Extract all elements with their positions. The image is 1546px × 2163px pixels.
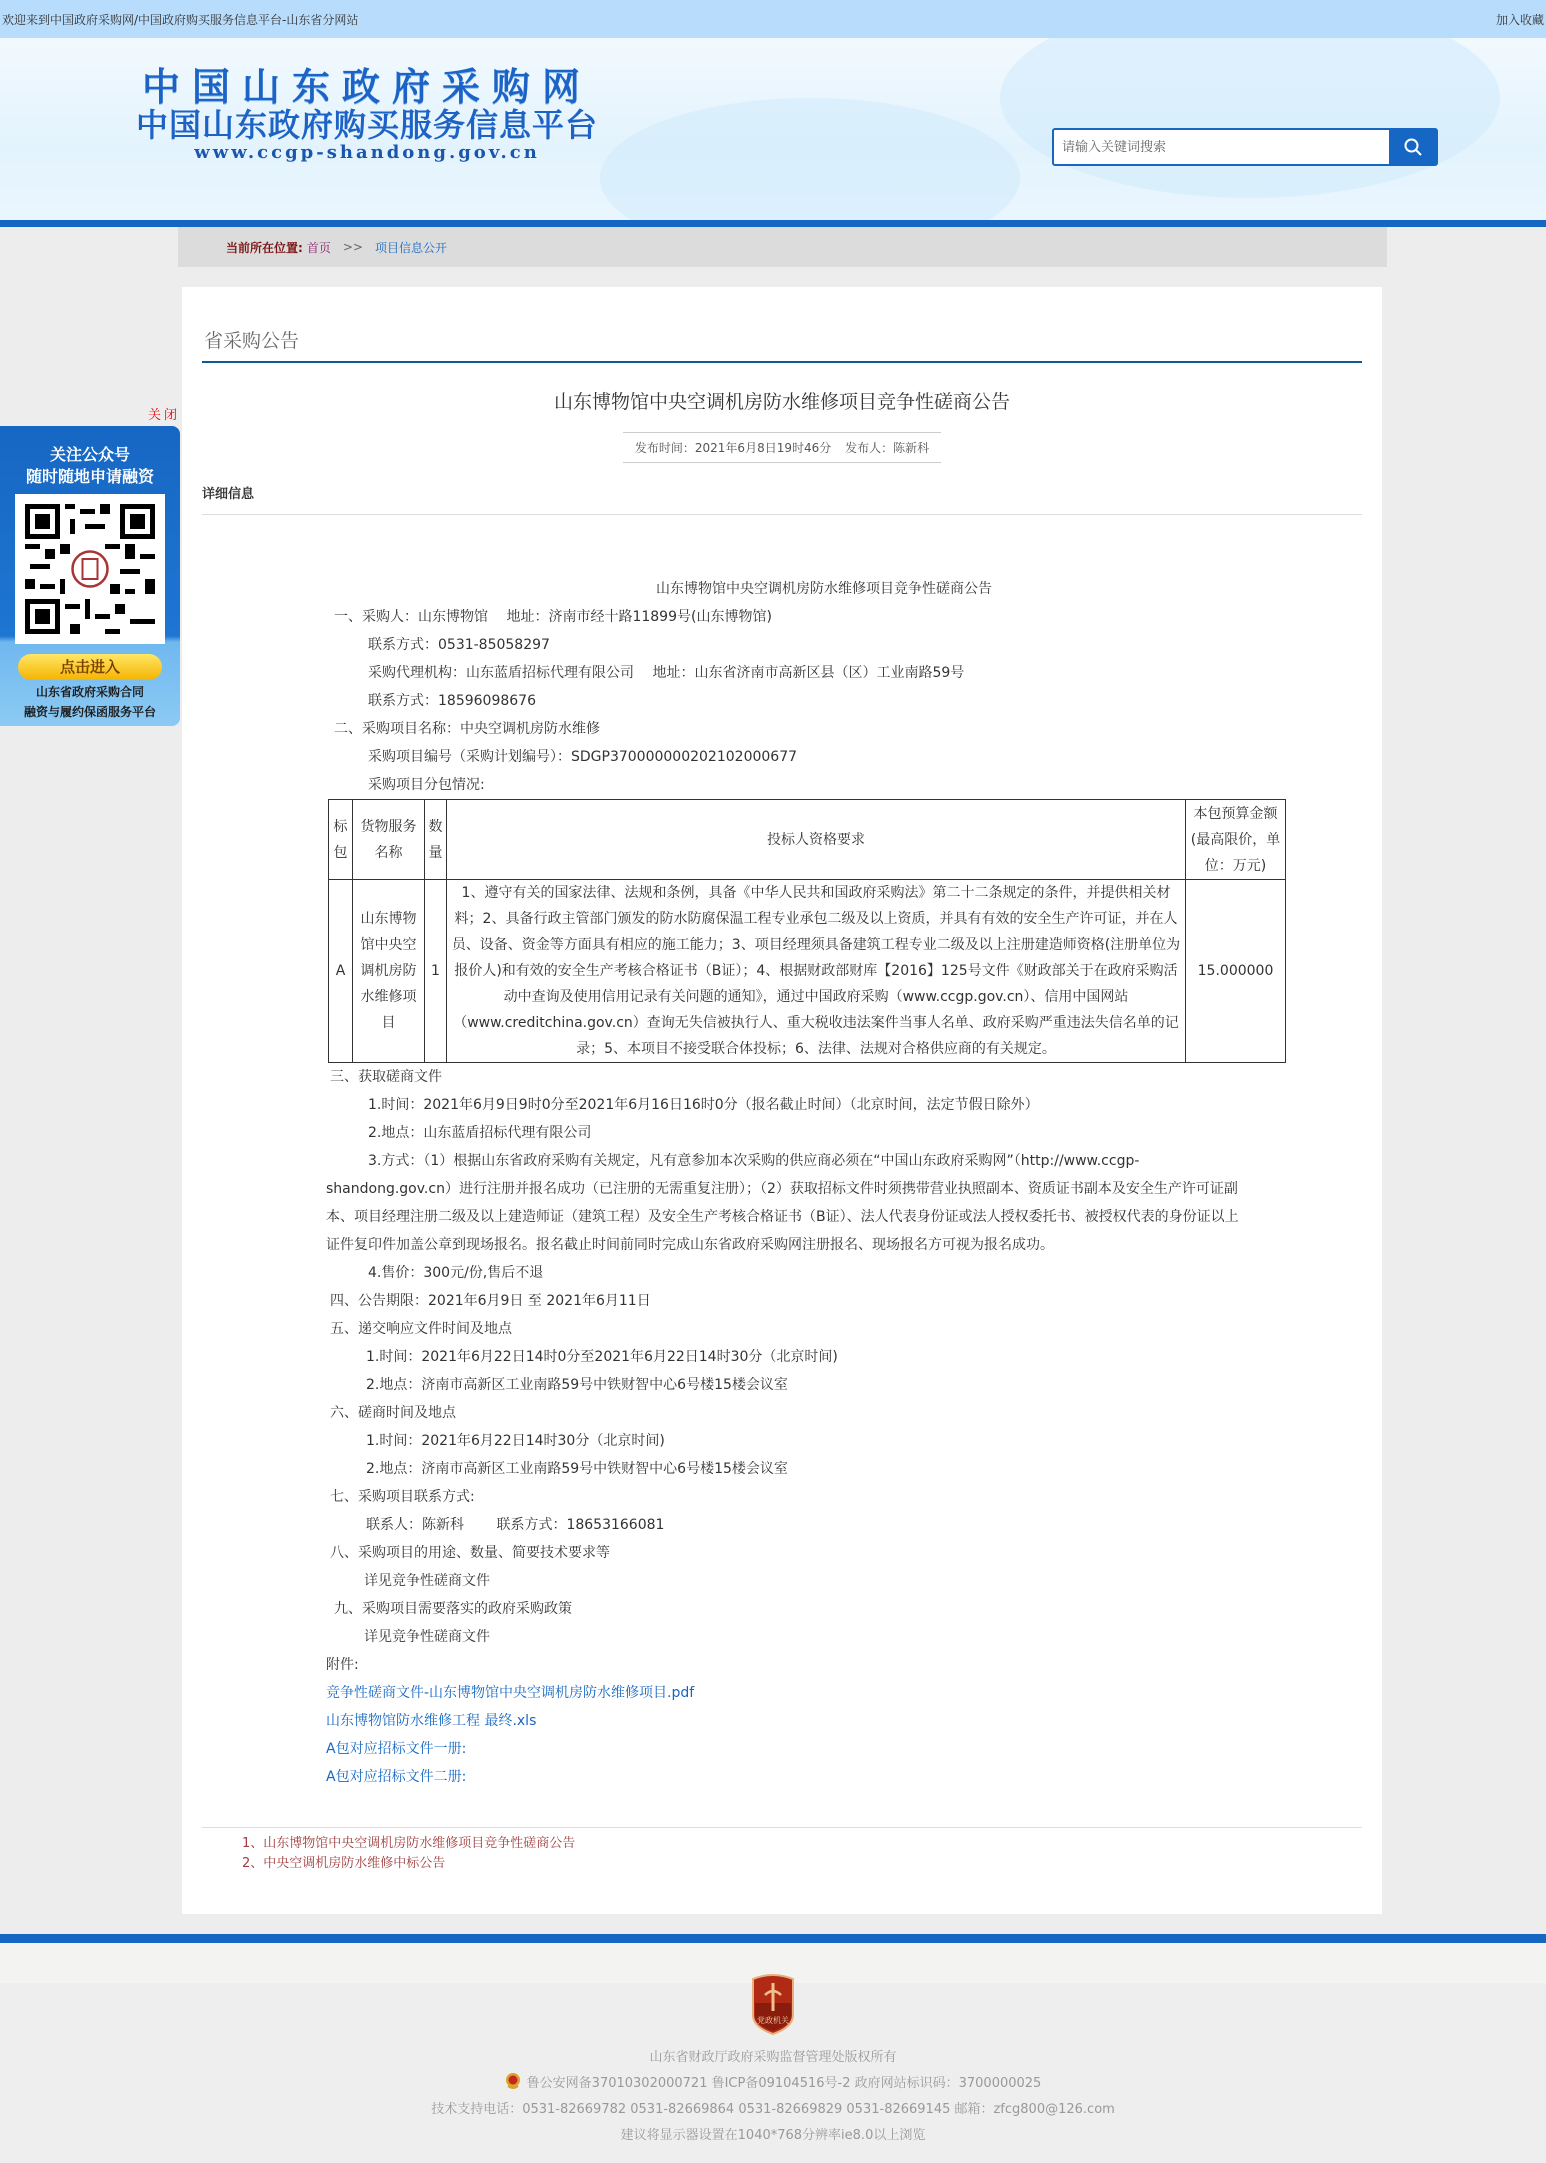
- breadcrumb: 当前所在位置: 首页 >> 项目信息公开: [178, 227, 1387, 267]
- ad-subtitle-1: 山东省政府采购合同: [0, 684, 180, 700]
- attachment-link[interactable]: 山东博物馆防水维修工程 最终.xls: [326, 1707, 1282, 1735]
- nav-purchase-service[interactable]: 购买服务: [610, 216, 808, 220]
- cell-package: A: [329, 880, 353, 1063]
- footer-record-text: 鲁公安网备37010302000721 鲁ICP备09104516号-2 政府网…: [527, 2076, 1042, 2091]
- detail-heading: 详细信息: [202, 483, 1362, 515]
- footer-advice: 建议将显示器设置在1040*768分辨率ie8.0以上浏览: [0, 2123, 1546, 2149]
- section-8-body: 详见竞争性磋商文件: [326, 1567, 1282, 1595]
- attachment-link[interactable]: A包对应招标文件一册:: [326, 1735, 1282, 1763]
- section-9-title: 九、采购项目需要落实的政府采购政策: [326, 1595, 1282, 1623]
- section-3-title: 三、获取磋商文件: [326, 1063, 1282, 1091]
- related-announcements: 1、山东博物馆中央空调机房防水维修项目竞争性磋商公告 2、中央空调机房防水维修中…: [202, 1827, 1362, 1874]
- table-header-row: 标包 货物服务名称 数量 投标人资格要求 本包预算金额(最高限价，单位：万元): [329, 800, 1286, 880]
- qr-code: [15, 494, 165, 644]
- section-5-time: 1.时间：2021年6月22日14时0分至2021年6月22日14时30分（北京…: [326, 1343, 1282, 1371]
- floating-ad: 关闭 关注公众号 随时随地申请融资 点击进入 山: [0, 404, 180, 726]
- add-favorite-link[interactable]: 加入收藏: [1496, 11, 1544, 28]
- logo-title: 中国山东政府采购网: [136, 66, 598, 108]
- site-logo[interactable]: 中国山东政府采购网 中国山东政府购买服务信息平台 www.ccgp-shando…: [136, 66, 598, 164]
- section-6-place: 2.地点：济南市高新区工业南路59号中铁财智中心6号楼15楼会议室: [326, 1455, 1282, 1483]
- section-7-contact: 联系人：陈新科 联系方式：18653166081: [326, 1511, 1282, 1539]
- section-5-place: 2.地点：济南市高新区工业南路59号中铁财智中心6号楼15楼会议室: [326, 1371, 1282, 1399]
- logo-subtitle: 中国山东政府购买服务信息平台: [136, 108, 598, 142]
- cell-item-name: 山东博物馆中央空调机房防水维修项目: [353, 880, 425, 1063]
- cell-budget: 15.000000: [1186, 880, 1286, 1063]
- publish-time: 发布时间：2021年6月8日19时46分: [635, 441, 831, 455]
- background-cloud: [600, 98, 1020, 220]
- section-8-title: 八、采购项目的用途、数量、简要技术要求等: [326, 1539, 1282, 1567]
- site-footer: 党政机关 山东省财政厅政府采购监督管理处版权所有 鲁公安网备3701030200…: [0, 1943, 1546, 2163]
- breadcrumb-home[interactable]: 首页: [307, 239, 331, 256]
- main-nav: 首 页 政策法规 购买服务 信息公开 办事指南 系统登录: [0, 216, 1546, 220]
- breadcrumb-label: 当前所在位置:: [226, 239, 303, 256]
- ad-line-2: 随时随地申请融资: [0, 466, 180, 488]
- qr-code-icon: [25, 504, 155, 634]
- search-input[interactable]: [1054, 130, 1389, 164]
- section-4: 四、公告期限：2021年6月9日 至 2021年6月11日: [326, 1287, 1282, 1315]
- section-5-title: 五、递交响应文件时间及地点: [326, 1315, 1282, 1343]
- search-box: [1052, 128, 1438, 166]
- footer-copyright: 山东省财政厅政府采购监督管理处版权所有: [0, 2045, 1546, 2071]
- floating-ad-close[interactable]: 关闭: [0, 404, 180, 426]
- attachments-label: 附件:: [326, 1651, 1282, 1679]
- article-title: 山东博物馆中央空调机房防水维修项目竞争性磋商公告: [202, 387, 1362, 414]
- section-title: 省采购公告: [202, 307, 1362, 363]
- related-link[interactable]: 2、中央空调机房防水维修中标公告: [242, 1854, 1362, 1874]
- cell-requirements: 1、遵守有关的国家法律、法规和条例，具备《中华人民共和国政府采购法》第二十二条规…: [447, 880, 1186, 1063]
- purchaser-contact: 联系方式：0531-85058297: [326, 631, 1282, 659]
- breadcrumb-separator: >>: [343, 240, 363, 254]
- nav-info-disclosure[interactable]: 信息公开: [808, 216, 1006, 220]
- header-quantity: 数量: [425, 800, 447, 880]
- header-divider: [0, 220, 1546, 227]
- party-government-badge[interactable]: 党政机关: [749, 1973, 797, 2035]
- section-6-title: 六、磋商时间及地点: [326, 1399, 1282, 1427]
- related-link[interactable]: 1、山东博物馆中央空调机房防水维修项目竞争性磋商公告: [242, 1834, 1362, 1854]
- footer-support: 技术支持电话：0531-82669782 0531-82669864 0531-…: [0, 2097, 1546, 2123]
- section-3-place: 2.地点：山东蓝盾招标代理有限公司: [326, 1119, 1282, 1147]
- ad-line-1: 关注公众号: [0, 444, 180, 466]
- section-6-time: 1.时间：2021年6月22日14时30分（北京时间): [326, 1427, 1282, 1455]
- logo-url: www.ccgp-shandong.gov.cn: [136, 142, 598, 164]
- nav-guide[interactable]: 办事指南: [1006, 216, 1204, 220]
- section-9-body: 详见竞争性磋商文件: [326, 1623, 1282, 1651]
- announcement-body: 山东博物馆中央空调机房防水维修项目竞争性磋商公告 一、采购人：山东博物馆 地址：…: [202, 515, 1282, 1791]
- background-cloud: [1000, 38, 1500, 198]
- agency-line: 采购代理机构：山东蓝盾招标代理有限公司 地址：山东省济南市高新区县（区）工业南路…: [326, 659, 1282, 687]
- section-7-title: 七、采购项目联系方式:: [326, 1483, 1282, 1511]
- cell-quantity: 1: [425, 880, 447, 1063]
- package-table: 标包 货物服务名称 数量 投标人资格要求 本包预算金额(最高限价，单位：万元) …: [328, 799, 1286, 1063]
- party-government-badge-icon: 党政机关: [749, 1973, 797, 2035]
- police-emblem-icon: [505, 2072, 521, 2090]
- nav-home[interactable]: 首 页: [214, 216, 412, 220]
- welcome-text: 欢迎来到中国政府采购网/中国政府购买服务信息平台-山东省分网站: [2, 11, 358, 28]
- footer-text: 山东省财政厅政府采购监督管理处版权所有 鲁公安网备37010302000721 …: [0, 2045, 1546, 2149]
- footer-divider: [0, 1934, 1546, 1943]
- body-title: 山东博物馆中央空调机房防水维修项目竞争性磋商公告: [326, 575, 1282, 603]
- floating-ad-banner[interactable]: 关注公众号 随时随地申请融资 点击进入 山东省政府采购合同: [0, 426, 180, 726]
- attachments-list: 竞争性磋商文件-山东博物馆中央空调机房防水维修项目.pdf 山东博物馆防水维修工…: [326, 1679, 1282, 1791]
- header-item-name: 货物服务名称: [353, 800, 425, 880]
- header-budget: 本包预算金额(最高限价，单位：万元): [1186, 800, 1286, 880]
- site-header: 中国山东政府采购网 中国山东政府购买服务信息平台 www.ccgp-shando…: [0, 38, 1546, 220]
- nav-policy[interactable]: 政策法规: [412, 216, 610, 220]
- attachment-link[interactable]: A包对应招标文件二册:: [326, 1763, 1282, 1791]
- breadcrumb-current[interactable]: 项目信息公开: [375, 239, 447, 256]
- search-button[interactable]: [1389, 130, 1436, 164]
- project-name: 二、采购项目名称：中央空调机房防水维修: [326, 715, 1282, 743]
- publisher: 发布人：陈新科: [845, 441, 929, 455]
- section-3-time: 1.时间：2021年6月9日9时0分至2021年6月16日16时0分（报名截止时…: [326, 1091, 1282, 1119]
- top-bar: 欢迎来到中国政府采购网/中国政府购买服务信息平台-山东省分网站 加入收藏: [0, 0, 1546, 38]
- search-icon: [1403, 137, 1423, 157]
- section-3-method: 3.方式：（1）根据山东省政府采购有关规定，凡有意参加本次采购的供应商必须在“中…: [326, 1147, 1282, 1259]
- footer-record: 鲁公安网备37010302000721 鲁ICP备09104516号-2 政府网…: [0, 2071, 1546, 2097]
- table-row: A 山东博物馆中央空调机房防水维修项目 1 1、遵守有关的国家法律、法规和条例，…: [329, 880, 1286, 1063]
- enter-button[interactable]: 点击进入: [18, 654, 162, 680]
- header-package: 标包: [329, 800, 353, 880]
- project-code: 采购项目编号（采购计划编号）：SDGP370000000202102000677: [326, 743, 1282, 771]
- header-requirements: 投标人资格要求: [447, 800, 1186, 880]
- ad-subtitle-2: 融资与履约保函服务平台: [0, 704, 180, 720]
- nav-login[interactable]: 系统登录: [1204, 216, 1402, 220]
- agency-contact: 联系方式：18596098676: [326, 687, 1282, 715]
- package-info-label: 采购项目分包情况:: [326, 771, 1282, 799]
- content-panel: 省采购公告 山东博物馆中央空调机房防水维修项目竞争性磋商公告 发布时间：2021…: [182, 287, 1382, 1914]
- svg-text:党政机关: 党政机关: [757, 2015, 789, 2025]
- publish-info: 发布时间：2021年6月8日19时46分 发布人：陈新科: [623, 432, 941, 463]
- purchaser-line: 一、采购人：山东博物馆 地址：济南市经十路11899号(山东博物馆): [326, 603, 1282, 631]
- section-3-price: 4.售价：300元/份,售后不退: [326, 1259, 1282, 1287]
- attachment-link[interactable]: 竞争性磋商文件-山东博物馆中央空调机房防水维修项目.pdf: [326, 1679, 1282, 1707]
